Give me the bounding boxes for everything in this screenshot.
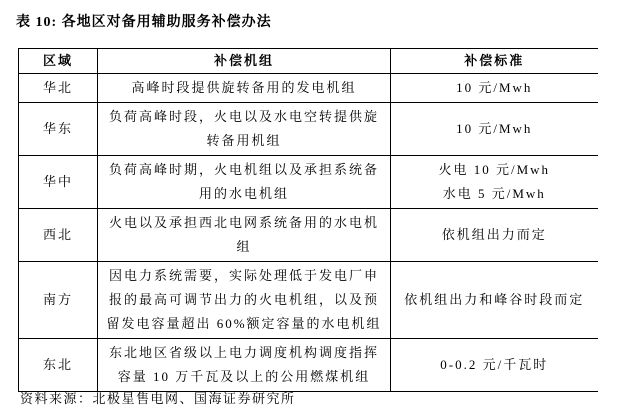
standard-line: 10 元/Mwh xyxy=(397,76,592,100)
region-cell: 华东 xyxy=(19,103,98,156)
region-cell: 西北 xyxy=(19,209,98,262)
region-cell: 东北 xyxy=(19,339,98,392)
table-row: 东北东北地区省级以上电力调度机构调度指挥容量 10 万千瓦及以上的公用燃煤机组0… xyxy=(19,339,598,392)
compensation-table: 区域 补偿机组 补偿标准 华北高峰时段提供旋转备用的发电机组10 元/Mwh华东… xyxy=(18,48,598,392)
units-cell: 火电以及承担西北电网系统备用的水电机组 xyxy=(98,209,391,262)
standard-line: 10 元/Mwh xyxy=(397,117,592,141)
region-cell: 南方 xyxy=(19,262,98,339)
table-row: 华东负荷高峰时段，火电以及水电空转提供旋转备用机组10 元/Mwh xyxy=(19,103,598,156)
units-cell: 东北地区省级以上电力调度机构调度指挥容量 10 万千瓦及以上的公用燃煤机组 xyxy=(98,339,391,392)
standard-line: 依机组出力和峰谷时段而定 xyxy=(397,288,592,312)
header-region: 区域 xyxy=(19,49,98,74)
table-row: 西北火电以及承担西北电网系统备用的水电机组依机组出力而定 xyxy=(19,209,598,262)
report-page: 表 10: 各地区对备用辅助服务补偿办法 区域 补偿机组 补偿标准 华北高峰时段… xyxy=(0,0,625,410)
region-cell: 华北 xyxy=(19,74,98,103)
table-row: 华中负荷高峰时期，火电机组以及承担系统备用的水电机组火电 10 元/Mwh水电 … xyxy=(19,156,598,209)
standard-cell: 依机组出力和峰谷时段而定 xyxy=(391,262,598,339)
units-cell: 高峰时段提供旋转备用的发电机组 xyxy=(98,74,391,103)
header-units: 补偿机组 xyxy=(98,49,391,74)
standard-cell: 火电 10 元/Mwh水电 5 元/Mwh xyxy=(391,156,598,209)
units-cell: 因电力系统需要，实际处理低于发电厂申报的最高可调节出力的火电机组，以及预留发电容… xyxy=(98,262,391,339)
header-standard: 补偿标准 xyxy=(391,49,598,74)
standard-cell: 依机组出力而定 xyxy=(391,209,598,262)
region-cell: 华中 xyxy=(19,156,98,209)
table-title: 表 10: 各地区对备用辅助服务补偿办法 xyxy=(16,11,272,31)
standard-line: 依机组出力而定 xyxy=(397,223,592,247)
table-header: 区域 补偿机组 补偿标准 xyxy=(19,49,598,74)
standard-cell: 0-0.2 元/千瓦时 xyxy=(391,339,598,392)
standard-line: 水电 5 元/Mwh xyxy=(397,182,592,206)
table-body: 华北高峰时段提供旋转备用的发电机组10 元/Mwh华东负荷高峰时段，火电以及水电… xyxy=(19,74,598,392)
standard-cell: 10 元/Mwh xyxy=(391,74,598,103)
header-row: 区域 补偿机组 补偿标准 xyxy=(19,49,598,74)
standard-line: 0-0.2 元/千瓦时 xyxy=(397,353,592,377)
units-cell: 负荷高峰时期，火电机组以及承担系统备用的水电机组 xyxy=(98,156,391,209)
standard-cell: 10 元/Mwh xyxy=(391,103,598,156)
table-row: 南方因电力系统需要，实际处理低于发电厂申报的最高可调节出力的火电机组，以及预留发… xyxy=(19,262,598,339)
units-cell: 负荷高峰时段，火电以及水电空转提供旋转备用机组 xyxy=(98,103,391,156)
source-note: 资料来源：北极星售电网、国海证券研究所 xyxy=(20,388,296,407)
table-row: 华北高峰时段提供旋转备用的发电机组10 元/Mwh xyxy=(19,74,598,103)
standard-line: 火电 10 元/Mwh xyxy=(397,158,592,182)
